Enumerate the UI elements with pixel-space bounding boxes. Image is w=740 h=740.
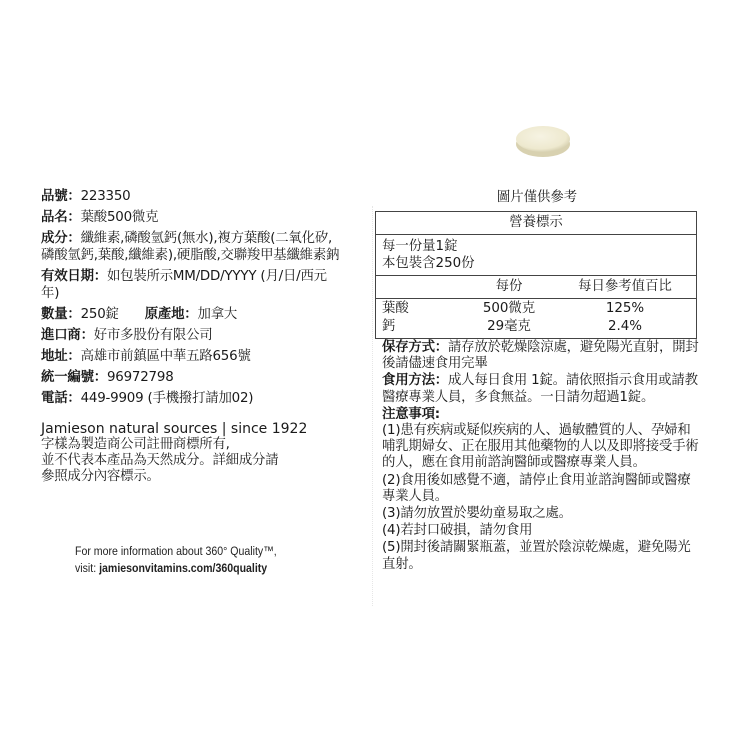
field-item-number: 品號：223350 (41, 188, 341, 205)
field-label: 數量： (41, 307, 81, 322)
field-importer: 進口商：好市多股份有限公司 (41, 327, 341, 344)
field-tax-id: 統一編號：96972798 (41, 369, 341, 386)
brand-notice-line: 字樣為製造商公司註冊商標所有, (41, 437, 341, 453)
field-value: 223350 (81, 189, 131, 204)
per-serving: 500微克 (464, 300, 554, 318)
serving-size: 每一份量1錠 (382, 238, 692, 255)
field-label: 地址： (41, 349, 81, 364)
field-value: 96972798 (107, 370, 174, 385)
field-expiry-date: 有效日期：如包裝所示MM/DD/YYYY (月/日/西元年) (41, 268, 341, 302)
note-item: (5)開封後請關緊瓶蓋，並置於陰涼乾燥處，避免陽光直射。 (382, 540, 702, 572)
note-item: (1)患有疾病或疑似疾病的人、過敏體質的人、孕婦和哺乳期婦女、正在服用其他藥物的… (382, 423, 702, 472)
instructions-panel: 保存方式：請存放於乾燥陰涼處，避免陽光直射，開封後請儘速食用完畢 食用方法：成人… (382, 340, 702, 574)
header-daily-pct: 每日參考值百比 (554, 276, 696, 298)
field-value: 纖維素,磷酸氫鈣(無水),複方葉酸(二氧化矽,磷酸氫鈣,葉酸,纖維素),硬脂酸,… (41, 231, 339, 263)
field-phone: 電話：449-9909 (手機撥打請加02) (41, 390, 341, 407)
table-row: 鈣 29毫克 2.4% (376, 318, 696, 336)
field-value-origin: 加拿大 (198, 307, 238, 322)
field-value: 高雄市前鎮區中華五路656號 (81, 349, 251, 364)
field-value: 好市多股份有限公司 (94, 328, 213, 343)
nutrition-title: 營養標示 (376, 212, 696, 234)
table-row: 葉酸 500微克 125% (376, 300, 696, 318)
pill-image (513, 120, 573, 160)
nutrition-header-row: 每份 每日參考值百比 (376, 275, 696, 298)
column-divider (372, 206, 373, 606)
website-link[interactable]: jamiesonvitamins.com/360quality (99, 561, 267, 575)
more-info-line: For more information about 360° Quality™… (75, 543, 333, 560)
daily-pct: 125% (554, 300, 696, 318)
notes-heading: 注意事項: (382, 407, 702, 423)
brand-notice-line: 並不代表本產品為天然成分。詳細成分請 (41, 453, 341, 469)
field-value: 葉酸500微克 (81, 210, 159, 225)
field-quantity-origin: 數量：250錠原產地：加拿大 (41, 306, 341, 323)
nutrition-data: 葉酸 500微克 125% 鈣 29毫克 2.4% (376, 298, 696, 338)
per-serving: 29毫克 (464, 318, 554, 336)
visit-prefix: visit: (75, 561, 99, 575)
usage-label: 食用方法： (382, 373, 448, 388)
storage-instructions: 保存方式：請存放於乾燥陰涼處，避免陽光直射，開封後請儘速食用完畢 (382, 340, 702, 372)
note-item: (2)食用後如感覺不適，請停止食用並諮詢醫師或醫療專業人員。 (382, 473, 702, 505)
usage-instructions: 食用方法：成人每日食用 1錠。請依照指示食用或請教醫療專業人員，多食無益。一日請… (382, 373, 702, 405)
brand-notice: Jamieson natural sources | since 1922 字樣… (41, 421, 341, 485)
header-per-serving: 每份 (464, 276, 554, 298)
note-item: (3)請勿放置於嬰幼童易取之處。 (382, 506, 702, 522)
field-label: 品名： (41, 210, 81, 225)
serving-info: 每一份量1錠 本包裝含250份 (376, 234, 696, 275)
nutrition-table: 營養標示 每一份量1錠 本包裝含250份 每份 每日參考值百比 葉酸 500微克… (375, 211, 697, 339)
field-value: 250錠 (81, 307, 119, 322)
nutrient-name: 葉酸 (376, 300, 464, 318)
note-item: (4)若封口破損，請勿食用 (382, 523, 702, 539)
field-label: 有效日期： (41, 269, 107, 284)
brand-notice-line: 參照成分內容標示。 (41, 469, 341, 485)
field-product-name: 品名：葉酸500微克 (41, 209, 341, 226)
header-nutrient (376, 276, 464, 298)
product-info-panel: 品號：223350 品名：葉酸500微克 成分：纖維素,磷酸氫鈣(無水),複方葉… (41, 188, 341, 485)
more-info-note: For more information about 360° Quality™… (75, 543, 333, 577)
nutrient-name: 鈣 (376, 318, 464, 336)
field-label: 品號： (41, 189, 81, 204)
storage-label: 保存方式： (382, 340, 448, 355)
more-info-visit: visit: jamiesonvitamins.com/360quality (75, 560, 333, 577)
field-ingredients: 成分：纖維素,磷酸氫鈣(無水),複方葉酸(二氧化矽,磷酸氫鈣,葉酸,纖維素),硬… (41, 230, 341, 264)
field-address: 地址：高雄市前鎮區中華五路656號 (41, 348, 341, 365)
brand-notice-line: Jamieson natural sources | since 1922 (41, 421, 341, 437)
field-label: 統一編號： (41, 370, 107, 385)
field-label: 成分： (41, 231, 81, 246)
daily-pct: 2.4% (554, 318, 696, 336)
servings-per-pack: 本包裝含250份 (382, 255, 692, 272)
field-label: 進口商： (41, 328, 94, 343)
field-label: 電話： (41, 391, 81, 406)
field-value: 449-9909 (手機撥打請加02) (81, 391, 254, 406)
field-label-origin: 原產地： (145, 307, 198, 322)
image-caption: 圖片僅供參考 (376, 186, 698, 205)
